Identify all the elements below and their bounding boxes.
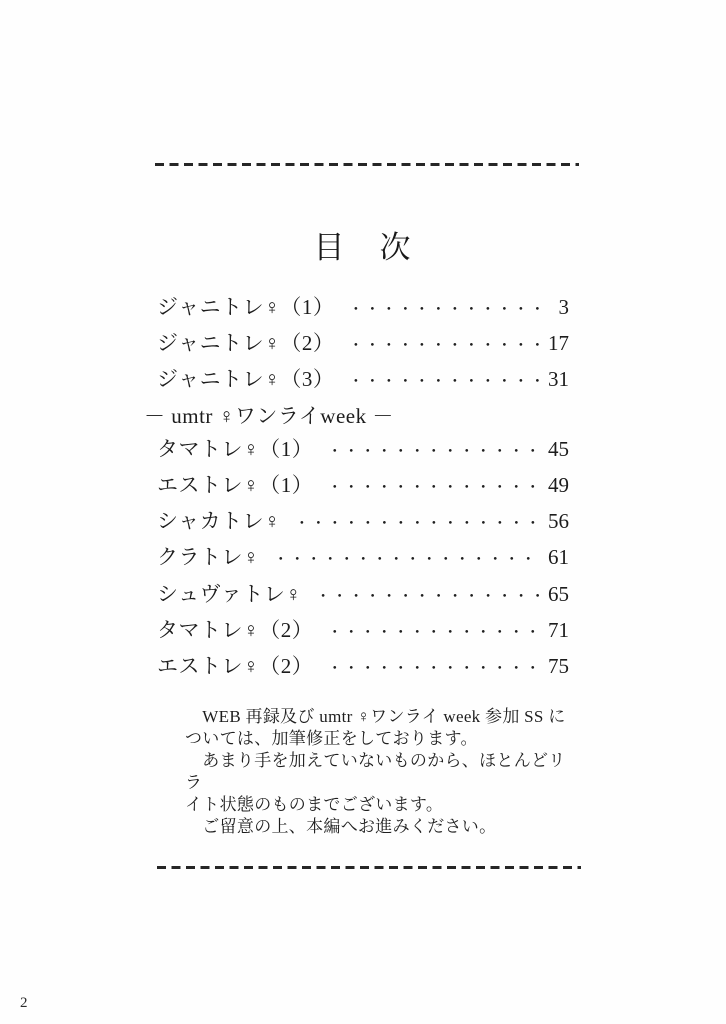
folio-page-number: 2 bbox=[20, 995, 28, 1012]
toc-dots-leader: ・・・・・・・・・・・・・・ bbox=[313, 617, 543, 650]
toc-dots-leader: ・・・・・・・・・・・・・ bbox=[334, 294, 543, 327]
toc-row: エストレ♀（1） ・・・・・・・・・・・・・・ 49 bbox=[157, 469, 569, 505]
toc-row: ジャニトレ♀（1） ・・・・・・・・・・・・・ 3 bbox=[157, 291, 569, 327]
toc-row: シャカトレ♀ ・・・・・・・・・・・・・・・・・ 56 bbox=[157, 505, 569, 541]
toc-row: クラトレ♀ ・・・・・・・・・・・・・・・・・・ 61 bbox=[157, 541, 569, 577]
toc-page: 目 次 ジャニトレ♀（1） ・・・・・・・・・・・・・ 3 ジャニトレ♀（2） … bbox=[0, 0, 726, 1024]
toc-entry-title: ジャニトレ♀（1） bbox=[157, 291, 334, 324]
page-title: 目 次 bbox=[0, 222, 726, 267]
toc-dots-leader: ・・・・・・・・・・・・・・・・・・ bbox=[259, 544, 543, 577]
toc-row: タマトレ♀（1） ・・・・・・・・・・・・・・ 45 bbox=[157, 433, 569, 469]
toc-entry-title: エストレ♀（1） bbox=[157, 469, 313, 502]
toc-dots-leader: ・・・・・・・・・・・・・・・・・ bbox=[280, 508, 543, 541]
toc-entry-title: タマトレ♀（1） bbox=[157, 433, 313, 466]
toc-entry-title: エストレ♀（2） bbox=[157, 650, 313, 683]
toc-dots-leader: ・・・・・・・・・・・・・・ bbox=[313, 472, 543, 505]
toc-page-number: 75 bbox=[543, 650, 569, 683]
toc-dots-leader: ・・・・・・・・・・・・・・ bbox=[313, 653, 543, 686]
toc-page-number: 45 bbox=[543, 433, 569, 466]
toc-entry-title: シャカトレ♀ bbox=[157, 505, 280, 538]
toc-page-number: 71 bbox=[543, 614, 569, 647]
toc-entry-title: シュヴァトレ♀ bbox=[157, 578, 302, 611]
toc-page-number: 31 bbox=[543, 363, 569, 396]
toc-page-number: 56 bbox=[543, 505, 569, 538]
note-line: あまり手を加えていないものから、ほとんどリラ bbox=[185, 750, 567, 794]
toc-row: ジャニトレ♀（3） ・・・・・・・・・・・・・ 31 bbox=[157, 363, 569, 399]
note-line: ご留意の上、本編へお進みください。 bbox=[185, 816, 567, 838]
toc-entry-title: ジャニトレ♀（2） bbox=[157, 327, 334, 360]
toc-dots-leader: ・・・・・・・・・・・・・・・・ bbox=[302, 581, 543, 614]
toc-row: タマトレ♀（2） ・・・・・・・・・・・・・・ 71 bbox=[157, 614, 569, 650]
toc-entry-title: クラトレ♀ bbox=[157, 541, 259, 574]
toc-page-number: 17 bbox=[543, 327, 569, 360]
toc-page-number: 65 bbox=[543, 578, 569, 611]
toc-entry-title: ジャニトレ♀（3） bbox=[157, 363, 334, 396]
toc-section-header: － umtr ♀ワンライweek － bbox=[144, 400, 569, 433]
toc-list: ジャニトレ♀（1） ・・・・・・・・・・・・・ 3 ジャニトレ♀（2） ・・・・… bbox=[157, 291, 569, 686]
toc-row: ジャニトレ♀（2） ・・・・・・・・・・・・・ 17 bbox=[157, 327, 569, 363]
note-line: ついては、加筆修正をしております。 bbox=[185, 728, 567, 750]
note-paragraph: WEB 再録及び umtr ♀ワンライ week 参加 SS に ついては、加筆… bbox=[185, 706, 567, 838]
toc-entry-title: タマトレ♀（2） bbox=[157, 614, 313, 647]
toc-page-number: 3 bbox=[543, 291, 569, 324]
toc-page-number: 61 bbox=[543, 541, 569, 574]
bottom-dashed-divider bbox=[157, 866, 581, 869]
toc-dots-leader: ・・・・・・・・・・・・・・ bbox=[313, 436, 543, 469]
toc-page-number: 49 bbox=[543, 469, 569, 502]
top-dashed-divider bbox=[155, 163, 579, 166]
toc-row: エストレ♀（2） ・・・・・・・・・・・・・・ 75 bbox=[157, 650, 569, 686]
toc-row: シュヴァトレ♀ ・・・・・・・・・・・・・・・・ 65 bbox=[157, 578, 569, 614]
toc-dots-leader: ・・・・・・・・・・・・・ bbox=[334, 366, 543, 399]
note-line: WEB 再録及び umtr ♀ワンライ week 参加 SS に bbox=[185, 706, 567, 728]
note-line: イト状態のものまでございます。 bbox=[185, 794, 567, 816]
toc-dots-leader: ・・・・・・・・・・・・・ bbox=[334, 330, 543, 363]
